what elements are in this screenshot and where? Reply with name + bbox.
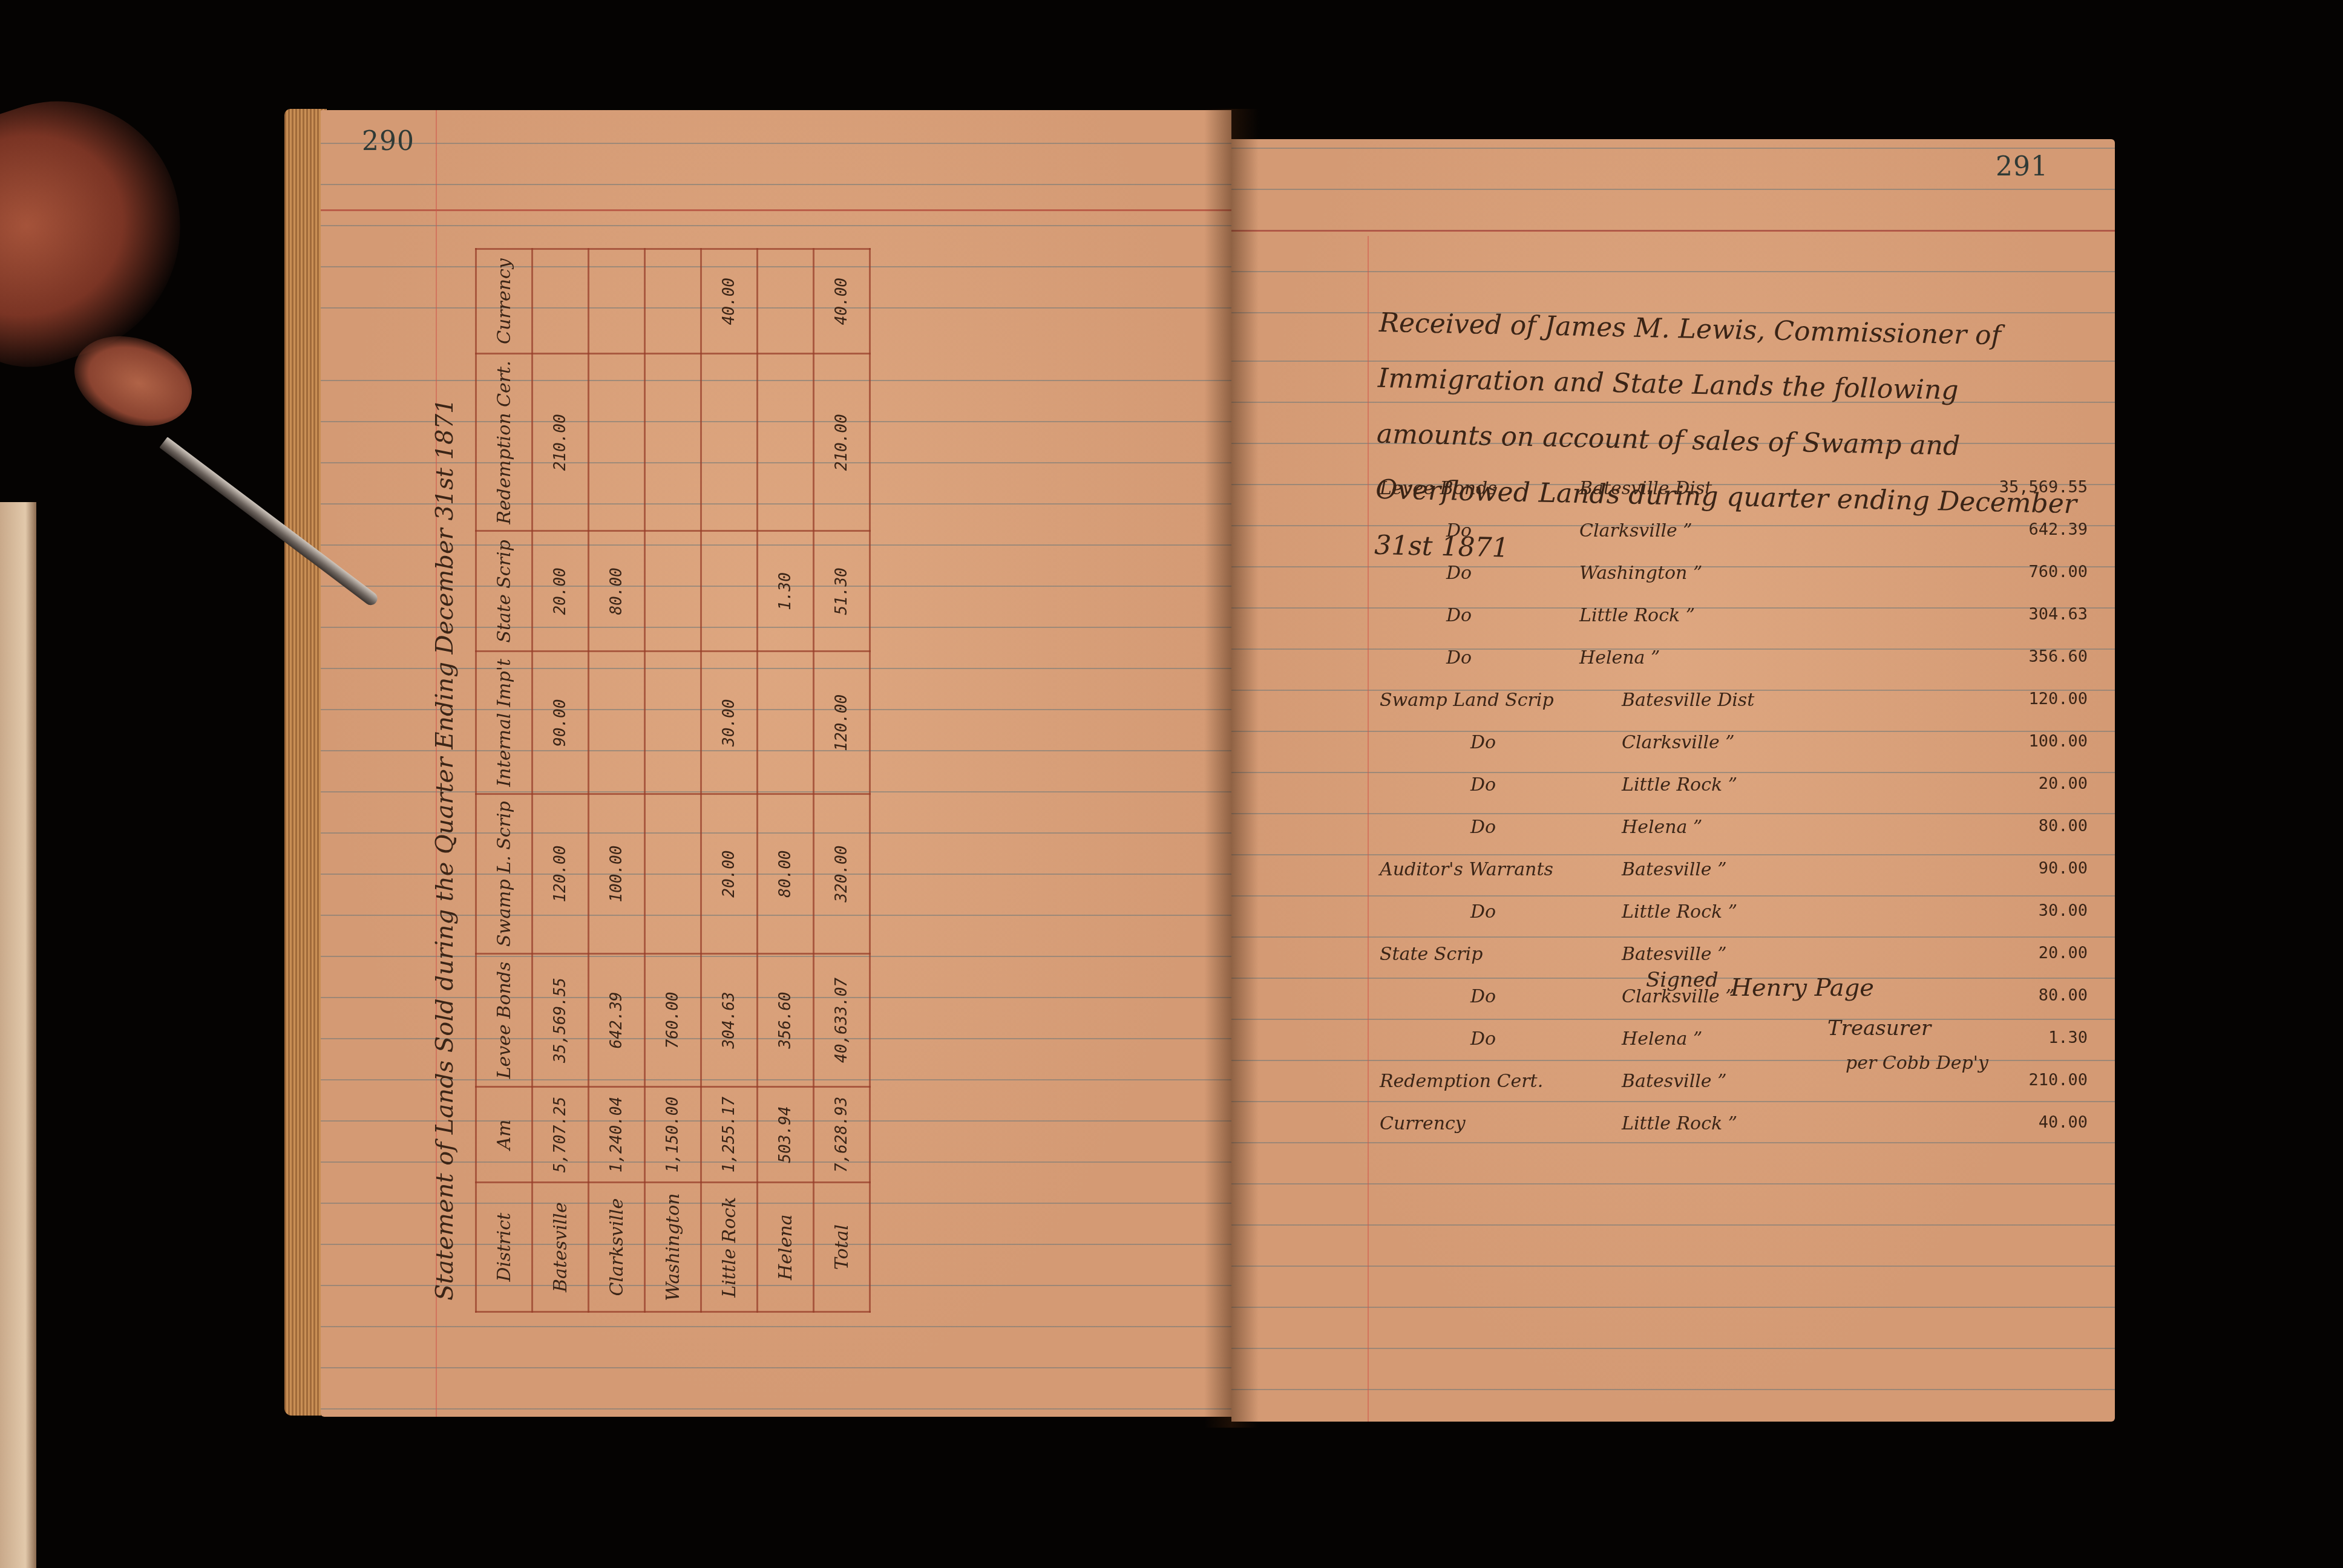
entry-amount: 40.00 [1967,1113,2088,1132]
amount-cell: 1,150.00 [645,1086,701,1182]
table-row: Washington 1,150.00 760.00 [645,249,701,1312]
total-cell: 210.00 [814,354,870,531]
ledger-row: Do Helena ” 80.00 [1380,817,2088,859]
amount-cell [532,249,589,354]
ledger-row: Currency Little Rock ” 40.00 [1380,1113,2088,1155]
adjacent-book-edge [0,502,36,1568]
entry-kind: Do [1446,520,1472,541]
amount-cell: 35,569.55 [532,954,589,1087]
entry-kind: Do [1470,817,1496,838]
entry-kind: Currency [1380,1113,1579,1134]
table-total-row: Total 7,628.93 40,633.07 320.00 120.00 5… [814,249,870,1312]
signature-per: per Cobb Dep'y [1846,1053,1988,1074]
entry-amount: 20.00 [1967,774,2088,793]
column-header: Am [476,1086,532,1182]
page-number: 291 [1996,151,2048,182]
entry-place: Batesville ” [1622,944,1846,965]
district-cell: Helena [758,1183,814,1312]
entry-amount: 20.00 [1967,944,2088,962]
total-cell: 51.30 [814,531,870,652]
entry-kind: Do [1446,647,1472,668]
amount-cell: 90.00 [532,652,589,794]
ledger-row: Do Washington ” 760.00 [1380,563,2088,605]
entry-amount: 120.00 [1967,690,2088,708]
amount-cell [758,354,814,531]
entry-kind: Do [1446,605,1472,626]
entry-place: Helena ” [1622,817,1846,838]
district-cell: Washington [645,1183,701,1312]
entry-place: Batesville ” [1622,1071,1846,1092]
total-cell: 120.00 [814,652,870,794]
amount-cell [758,652,814,794]
entry-amount: 35,569.55 [1967,478,2088,497]
amount-cell: 760.00 [645,954,701,1087]
column-header: Redemption Cert. [476,354,532,531]
signature-name: Henry Page [1731,974,1874,1002]
entry-amount: 100.00 [1967,732,2088,751]
amount-cell: 20.00 [532,531,589,652]
table-row: Batesville 5,707.25 35,569.55 120.00 90.… [532,249,589,1312]
amount-cell: 5,707.25 [532,1086,589,1182]
amount-cell: 503.94 [758,1086,814,1182]
amount-cell: 356.60 [758,954,814,1087]
entry-kind: State Scrip [1380,944,1579,965]
amount-cell [589,354,645,531]
total-cell: 40,633.07 [814,954,870,1087]
entry-kind: Do [1470,1028,1496,1050]
entry-place: Little Rock ” [1622,901,1846,923]
district-cell: Total [814,1183,870,1312]
amount-cell: 30.00 [701,652,758,794]
entry-kind: Redemption Cert. [1380,1071,1579,1092]
amount-cell: 120.00 [532,794,589,954]
entry-place: Batesville Dist [1579,478,1803,499]
amount-cell [701,354,758,531]
margin-rule [1368,236,1369,1422]
amount-cell [589,652,645,794]
entry-kind: Do [1446,563,1472,584]
column-header: Swamp L. Scrip [476,794,532,954]
entry-amount: 760.00 [1967,563,2088,581]
ledger-row: Do Little Rock ” 20.00 [1380,774,2088,817]
amount-cell: 1,255.17 [701,1086,758,1182]
entry-place: Batesville Dist [1622,690,1846,711]
entry-kind: Levee Bonds [1380,478,1579,499]
entry-amount: 90.00 [1967,859,2088,878]
entry-kind: Do [1470,732,1496,753]
entry-amount: 1.30 [1967,1028,2088,1047]
statement-table: District Am Levee Bonds Swamp L. Scrip I… [475,248,871,1313]
entry-place: Little Rock ” [1622,774,1846,795]
entry-kind: Do [1470,774,1496,795]
amount-cell [645,531,701,652]
entry-kind: Auditor's Warrants [1380,859,1579,880]
entry-amount: 80.00 [1967,817,2088,835]
amount-cell [645,354,701,531]
amount-cell: 642.39 [589,954,645,1087]
column-header: State Scrip [476,531,532,652]
ledger-row: Do Little Rock ” 304.63 [1380,605,2088,647]
total-cell: 7,628.93 [814,1086,870,1182]
ledger-row: Auditor's Warrants Batesville ” 90.00 [1380,859,2088,901]
signature-signed: Signed [1646,968,1719,992]
ledger-row: Do Clarksville ” 642.39 [1380,520,2088,563]
amount-cell: 210.00 [532,354,589,531]
column-header: Levee Bonds [476,954,532,1087]
amount-cell: 80.00 [589,531,645,652]
amount-cell: 1,240.04 [589,1086,645,1182]
statement-title: Statement of Lands Sold during the Quart… [418,248,472,1313]
entry-place: Helena ” [1579,647,1803,668]
table-row: Little Rock 1,255.17 304.63 20.00 30.00 … [701,249,758,1312]
ledger-row: Levee Bonds Batesville Dist 35,569.55 [1380,478,2088,520]
entry-kind: Do [1470,901,1496,923]
entry-amount: 30.00 [1967,901,2088,920]
ledger-row: Redemption Cert. Batesville ” 210.00 [1380,1071,2088,1113]
ledger-row: Do Helena ” 356.60 [1380,647,2088,690]
total-cell: 320.00 [814,794,870,954]
column-header: Currency [476,249,532,354]
table-header-row: District Am Levee Bonds Swamp L. Scrip I… [476,249,532,1312]
book-gutter [1204,109,1259,1428]
district-cell: Batesville [532,1183,589,1312]
amount-cell [701,531,758,652]
entry-kind: Swamp Land Scrip [1380,690,1579,711]
table-row: Clarksville 1,240.04 642.39 100.00 80.00 [589,249,645,1312]
signature-title: Treasurer [1827,1016,1931,1040]
entry-kind: Do [1470,986,1496,1007]
amount-cell [589,249,645,354]
page-number: 290 [362,126,415,157]
ledger-row: Do Clarksville ” 100.00 [1380,732,2088,774]
header-rule [321,209,1231,211]
amount-cell [645,652,701,794]
entry-place: Clarksville ” [1622,732,1846,753]
table-row: Helena 503.94 356.60 80.00 1.30 [758,249,814,1312]
entry-amount: 642.39 [1967,520,2088,539]
column-header: Internal Imp't [476,652,532,794]
column-header: District [476,1183,532,1312]
amount-cell: 100.00 [589,794,645,954]
entry-place: Little Rock ” [1579,605,1803,626]
entry-place: Little Rock ” [1622,1113,1846,1134]
amount-cell: 80.00 [758,794,814,954]
rotated-statement: Statement of Lands Sold during the Quart… [418,248,841,1313]
amount-cell: 1.30 [758,531,814,652]
header-rule [1231,230,2115,232]
amount-cell: 304.63 [701,954,758,1087]
total-cell: 40.00 [814,249,870,354]
amount-cell [645,249,701,354]
district-cell: Little Rock [701,1183,758,1312]
amount-cell [758,249,814,354]
ledger-row: Do Little Rock ” 30.00 [1380,901,2088,944]
entry-amount: 304.63 [1967,605,2088,624]
amount-cell: 20.00 [701,794,758,954]
entry-place: Helena ” [1622,1028,1846,1050]
entry-place: Batesville ” [1622,859,1846,880]
amount-cell [645,794,701,954]
ledger-row: Swamp Land Scrip Batesville Dist 120.00 [1380,690,2088,732]
entry-place: Clarksville ” [1579,520,1803,541]
district-cell: Clarksville [589,1183,645,1312]
amount-cell: 40.00 [701,249,758,354]
entry-amount: 356.60 [1967,647,2088,666]
entry-amount: 80.00 [1967,986,2088,1005]
entry-place: Washington ” [1579,563,1803,584]
